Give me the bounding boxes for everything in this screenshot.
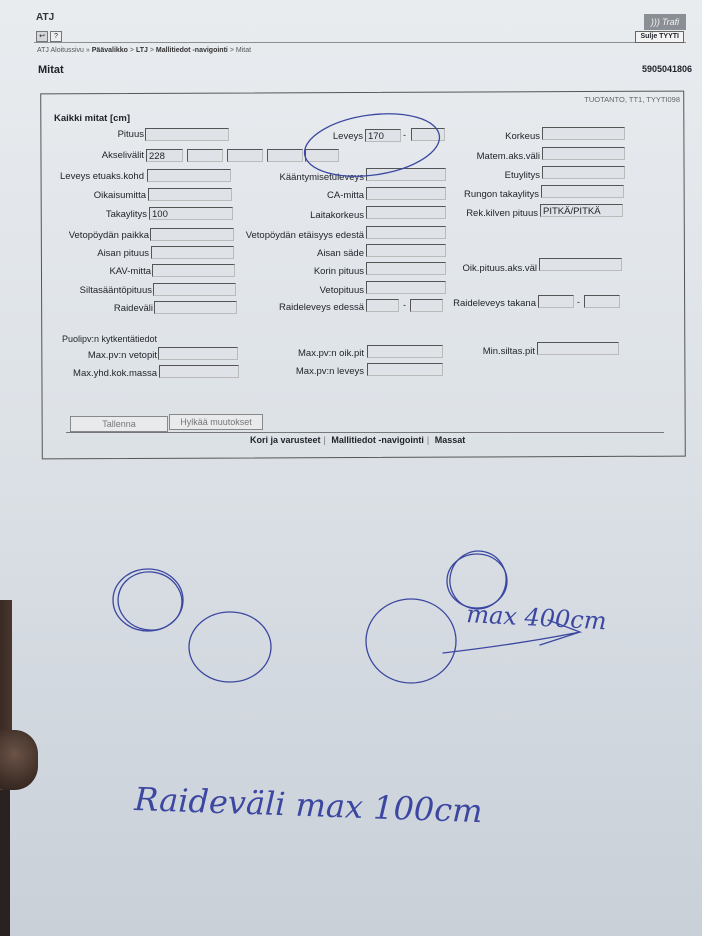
finger-shadow [0, 600, 12, 740]
hand-edge [0, 790, 10, 936]
ink-circle [366, 599, 456, 683]
thumb [0, 730, 38, 790]
handwritten-note-max: max 400cm [466, 600, 608, 635]
ink-circle [189, 612, 271, 682]
handwritten-note-raidevali: Raideväli max 100cm [133, 780, 483, 830]
handwriting-overlay: max 400cm Raideväli max 100cm [0, 0, 702, 936]
ink-circle-leveys [300, 106, 443, 184]
